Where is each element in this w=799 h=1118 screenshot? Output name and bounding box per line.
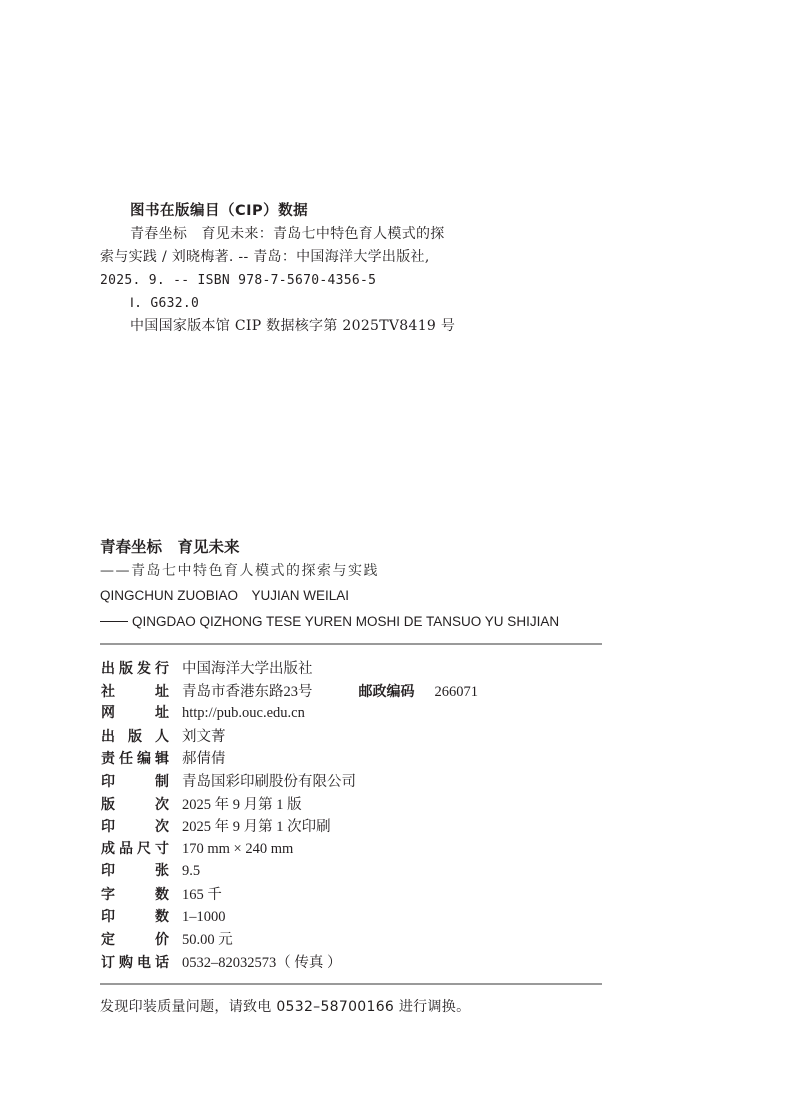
label-char: 成 <box>101 838 115 858</box>
imprint-row: 印次2025 年 9 月第 1 次印刷 <box>101 815 601 838</box>
label-char: 制 <box>155 771 169 791</box>
label-char: 出 <box>101 658 115 678</box>
imprint-value: 青岛国彩印刷股份有限公司 <box>169 770 356 791</box>
label-char: 人 <box>155 726 169 746</box>
imprint-table: 出版发行中国海洋大学出版社社址青岛市香港东路23号邮政编码266071网址htt… <box>101 657 601 973</box>
label-char: 尺 <box>137 838 151 858</box>
imprint-label: 字数 <box>101 884 169 904</box>
label-char: 印 <box>101 860 115 880</box>
label-char: 订 <box>101 952 115 972</box>
imprint-label: 版次 <box>101 794 169 814</box>
label-char: 址 <box>155 702 169 722</box>
imprint-value: 2025 年 9 月第 1 次印刷 <box>169 815 331 836</box>
imprint-label: 印制 <box>101 771 169 791</box>
imprint-label: 印张 <box>101 860 169 880</box>
label-char: 编 <box>137 748 151 768</box>
book-title-en: QINGCHUN ZUOBIAO YUJIAN WEILAI <box>100 583 600 609</box>
label-char: 印 <box>101 816 115 836</box>
imprint-value: 中国海洋大学出版社 <box>169 657 313 678</box>
imprint-label: 定价 <box>101 929 169 949</box>
label-char: 版 <box>128 726 142 746</box>
imprint-value: 1–1000 <box>169 909 226 926</box>
postal-code-label: 邮政编码 <box>359 681 415 701</box>
imprint-row: 定价50.00 元 <box>101 928 601 951</box>
imprint-label: 出版发行 <box>101 658 169 678</box>
imprint-row: 印张9.5 <box>101 860 601 883</box>
book-title-cn: 青春坐标 育见未来 <box>100 535 600 559</box>
label-char: 次 <box>155 794 169 814</box>
imprint-row: 版次2025 年 9 月第 1 版 <box>101 793 601 816</box>
imprint-value: 9.5 <box>169 863 200 880</box>
label-char: 版 <box>119 658 133 678</box>
imprint-row: 责任编辑郝倩倩 <box>101 747 601 770</box>
label-char: 印 <box>101 771 115 791</box>
imprint-value: 郝倩倩 <box>169 747 226 768</box>
imprint-value: 青岛市香港东路23号 <box>169 680 313 701</box>
imprint-label: 网址 <box>101 702 169 722</box>
label-char: 网 <box>101 702 115 722</box>
imprint-row: 网址http://pub.ouc.edu.cn <box>101 702 601 725</box>
imprint-label: 印次 <box>101 816 169 836</box>
imprint-label: 责任编辑 <box>101 748 169 768</box>
label-char: 版 <box>101 794 115 814</box>
cip-heading: 图书在版编目（CIP）数据 <box>100 200 520 223</box>
label-char: 址 <box>155 681 169 701</box>
imprint-row: 字数165 千 <box>101 883 601 906</box>
book-subtitle-en: QINGDAO QIZHONG TESE YUREN MOSHI DE TANS… <box>100 609 600 635</box>
label-char: 任 <box>119 748 133 768</box>
label-char: 辑 <box>155 748 169 768</box>
cip-data-block: 图书在版编目（CIP）数据 青春坐标 育见未来：青岛七中特色育人模式的探 索与实… <box>100 200 520 338</box>
label-char: 社 <box>101 681 115 701</box>
imprint-row: 成品尺寸170 mm × 240 mm <box>101 838 601 861</box>
book-title-block: 青春坐标 育见未来 ——青岛七中特色育人模式的探索与实践 QINGCHUN ZU… <box>100 535 600 635</box>
label-char: 话 <box>155 952 169 972</box>
imprint-row: 出版人刘文菁 <box>101 725 601 748</box>
imprint-row: 社址青岛市香港东路23号邮政编码266071 <box>101 680 601 703</box>
imprint-label: 订购电话 <box>101 952 169 972</box>
cip-isbn-line: 2025. 9. -- ISBN 978-7-5670-4356-5 <box>100 269 520 292</box>
imprint-value: 刘文菁 <box>169 725 226 746</box>
label-char: 数 <box>155 884 169 904</box>
imprint-value: 2025 年 9 月第 1 版 <box>169 793 302 814</box>
bottom-divider <box>100 983 602 985</box>
imprint-row: 印制青岛国彩印刷股份有限公司 <box>101 770 601 793</box>
label-char: 电 <box>137 952 151 972</box>
label-char: 张 <box>155 860 169 880</box>
label-char: 次 <box>155 816 169 836</box>
label-char: 寸 <box>155 838 169 858</box>
imprint-value: 0532–82032573（ 传真 ） <box>169 951 342 972</box>
book-subtitle-en-text: QINGDAO QIZHONG TESE YUREN MOSHI DE TANS… <box>132 614 559 629</box>
imprint-value: 165 千 <box>169 883 222 904</box>
label-char: 价 <box>155 929 169 949</box>
imprint-value: http://pub.ouc.edu.cn <box>169 705 305 722</box>
label-char: 品 <box>119 838 133 858</box>
cip-line-1: 青春坐标 育见未来：青岛七中特色育人模式的探 <box>100 223 520 246</box>
postal-code-value: 266071 <box>435 684 479 701</box>
imprint-row: 订购电话0532–82032573（ 传真 ） <box>101 951 601 974</box>
label-char: 数 <box>155 906 169 926</box>
label-char: 字 <box>101 884 115 904</box>
book-subtitle-cn: ——青岛七中特色育人模式的探索与实践 <box>100 559 600 583</box>
label-char: 发 <box>137 658 151 678</box>
imprint-label: 印数 <box>101 906 169 926</box>
imprint-row: 出版发行中国海洋大学出版社 <box>101 657 601 680</box>
em-dash-rule <box>100 621 128 622</box>
cip-line-2: 索与实践 / 刘晓梅著. -- 青岛：中国海洋大学出版社, <box>100 246 520 269</box>
imprint-value: 50.00 元 <box>169 928 233 949</box>
label-char: 责 <box>101 748 115 768</box>
imprint-value: 170 mm × 240 mm <box>169 841 293 858</box>
imprint-label: 出版人 <box>101 726 169 746</box>
quality-notice: 发现印装质量问题，请致电 0532–58700166 进行调换。 <box>100 996 470 1016</box>
imprint-label: 成品尺寸 <box>101 838 169 858</box>
imprint-label: 社址 <box>101 681 169 701</box>
cip-classification: Ⅰ. G632.0 <box>100 292 520 315</box>
cip-record-number: 中国国家版本馆 CIP 数据核字第 2025TV8419 号 <box>100 315 520 338</box>
label-char: 出 <box>101 726 115 746</box>
label-char: 购 <box>119 952 133 972</box>
label-char: 印 <box>101 906 115 926</box>
label-char: 定 <box>101 929 115 949</box>
imprint-row: 印数1–1000 <box>101 906 601 929</box>
label-char: 行 <box>155 658 169 678</box>
top-divider <box>100 643 602 645</box>
